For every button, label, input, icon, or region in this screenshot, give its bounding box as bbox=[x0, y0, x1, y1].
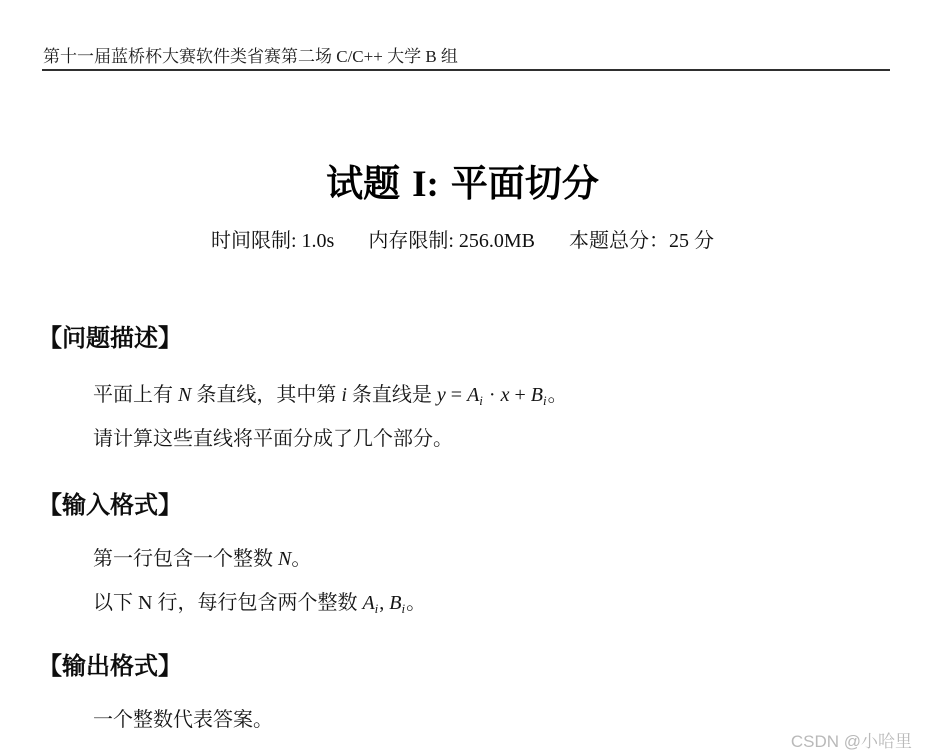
description-line: 平面上有 N 条直线，其中第 i 条直线是 y = Ai · x + Bi。 bbox=[93, 378, 568, 409]
section-heading-input-format: 【输入格式】 bbox=[38, 485, 182, 520]
header-rule-divider bbox=[42, 69, 890, 71]
limits-row: 时间限制: 1.0s 内存限制: 256.0MB 本题总分：25 分 bbox=[0, 224, 925, 253]
csdn-watermark: CSDN @小哈里 bbox=[791, 727, 912, 752]
input-format-line: 以下 N 行，每行包含两个整数 Ai, Bi。 bbox=[93, 586, 426, 617]
memory-limit: 内存限制: 256.0MB bbox=[368, 224, 535, 253]
total-score: 本题总分：25 分 bbox=[569, 224, 714, 253]
document-page: 第十一届蓝桥杯大赛软件类省赛第二场 C/C++ 大学 B 组 试题I:平面切分 … bbox=[0, 0, 925, 756]
problem-title-roman-numeral: I: bbox=[412, 164, 439, 205]
problem-title-prefix: 试题 bbox=[326, 163, 400, 204]
contest-header-text: 第十一届蓝桥杯大赛软件类省赛第二场 C/C++ 大学 B 组 bbox=[43, 42, 458, 67]
problem-title: 试题I:平面切分 bbox=[0, 153, 925, 207]
time-limit: 时间限制: 1.0s bbox=[211, 224, 334, 253]
output-format-line: 一个整数代表答案。 bbox=[93, 703, 273, 732]
section-heading-output-format: 【输出格式】 bbox=[38, 646, 182, 681]
description-line: 请计算这些直线将平面分成了几个部分。 bbox=[93, 422, 453, 451]
section-heading-problem-description: 【问题描述】 bbox=[38, 318, 182, 353]
input-format-line: 第一行包含一个整数 N。 bbox=[93, 542, 311, 571]
problem-title-name: 平面切分 bbox=[451, 163, 599, 204]
